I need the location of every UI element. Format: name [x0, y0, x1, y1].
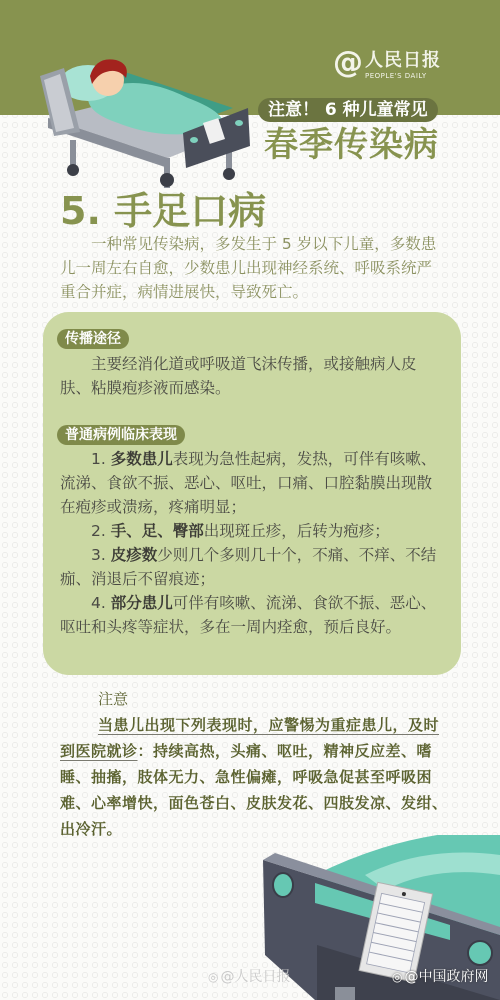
item-number: 3.	[91, 546, 106, 564]
kicker-pill: 注意！ 6 种儿童常见	[258, 98, 438, 122]
item-bold-text: 手、足、臀部	[111, 522, 204, 540]
peoples-daily-logo: @ 人民日报 PEOPLE'S DAILY	[333, 46, 443, 84]
item-number: 1.	[91, 450, 106, 468]
transmission-text: 主要经消化道或呼吸道飞沫传播，或接触病人皮肤、粘膜疱疹液而感染。	[60, 352, 445, 400]
item-bold-text: 部分患儿	[111, 594, 173, 612]
warning-note: 注意 当患儿出现下列表现时，应警惕为重症患儿，及时到医院就诊：持续高热，头痛、呕…	[60, 686, 448, 842]
item-number: 4.	[91, 594, 106, 612]
item-bold-text: 多数患儿	[111, 450, 173, 468]
item-text: 出现斑丘疹，后转为疱疹；	[204, 522, 390, 540]
page-title: 春季传染病	[264, 125, 439, 165]
intro-text: 一种常见传染病，多发生于 5 岁以下儿童，多数患儿一周左右自愈，少数患儿出现神经…	[60, 232, 445, 304]
section-intro: 一种常见传染病，多发生于 5 岁以下儿童，多数患儿一周左右自愈，少数患儿出现神经…	[60, 232, 445, 304]
note-label: 注意	[60, 686, 448, 712]
watermark-left-text: @人民日报	[220, 969, 290, 985]
clinical-item: 1. 多数患儿表现为急性起病，发热，可伴有咳嗽、流涕、食欲不振、恶心、呕吐，口痛…	[60, 447, 445, 519]
note-body: 当患儿出现下列表现时，应警惕为重症患儿，及时到医院就诊：持续高热，头痛、呕吐，精…	[60, 712, 448, 842]
transmission-tag: 传播途径	[57, 329, 129, 349]
clinical-tag: 普通病例临床表现	[57, 425, 185, 445]
hospital-bed-illustration	[18, 28, 258, 188]
weibo-icon: ◎	[208, 970, 218, 984]
clinical-item: 4. 部分患儿可伴有咳嗽、流涕、食欲不振、恶心、呕吐和头疼等症状，多在一周内痊愈…	[60, 591, 445, 639]
weibo-icon: ◎	[392, 970, 402, 984]
brand-subtitle: PEOPLE'S DAILY	[365, 72, 427, 80]
item-number: 2.	[91, 522, 106, 540]
watermark-right-text: @中国政府网	[404, 969, 488, 985]
section-title: 5. 手足口病	[60, 188, 266, 234]
watermark-peoples-daily: ◎@人民日报	[208, 968, 290, 986]
at-icon: @	[333, 48, 363, 78]
brand-name: 人民日报	[365, 51, 441, 71]
item-bold-text: 皮疹数	[111, 546, 158, 564]
clinical-list: 1. 多数患儿表现为急性起病，发热，可伴有咳嗽、流涕、食欲不振、恶心、呕吐，口痛…	[60, 447, 445, 639]
clinical-item: 3. 皮疹数少则几个多则几十个，不痛、不痒、不结痂、消退后不留痕迹；	[60, 543, 445, 591]
clinical-item: 2. 手、足、臀部出现斑丘疹，后转为疱疹；	[60, 519, 445, 543]
info-card: 传播途径 主要经消化道或呼吸道飞沫传播，或接触病人皮肤、粘膜疱疹液而感染。 普通…	[43, 312, 461, 675]
watermark-gov: ◎@中国政府网	[392, 968, 488, 986]
transmission-section: 主要经消化道或呼吸道飞沫传播，或接触病人皮肤、粘膜疱疹液而感染。	[60, 352, 445, 400]
